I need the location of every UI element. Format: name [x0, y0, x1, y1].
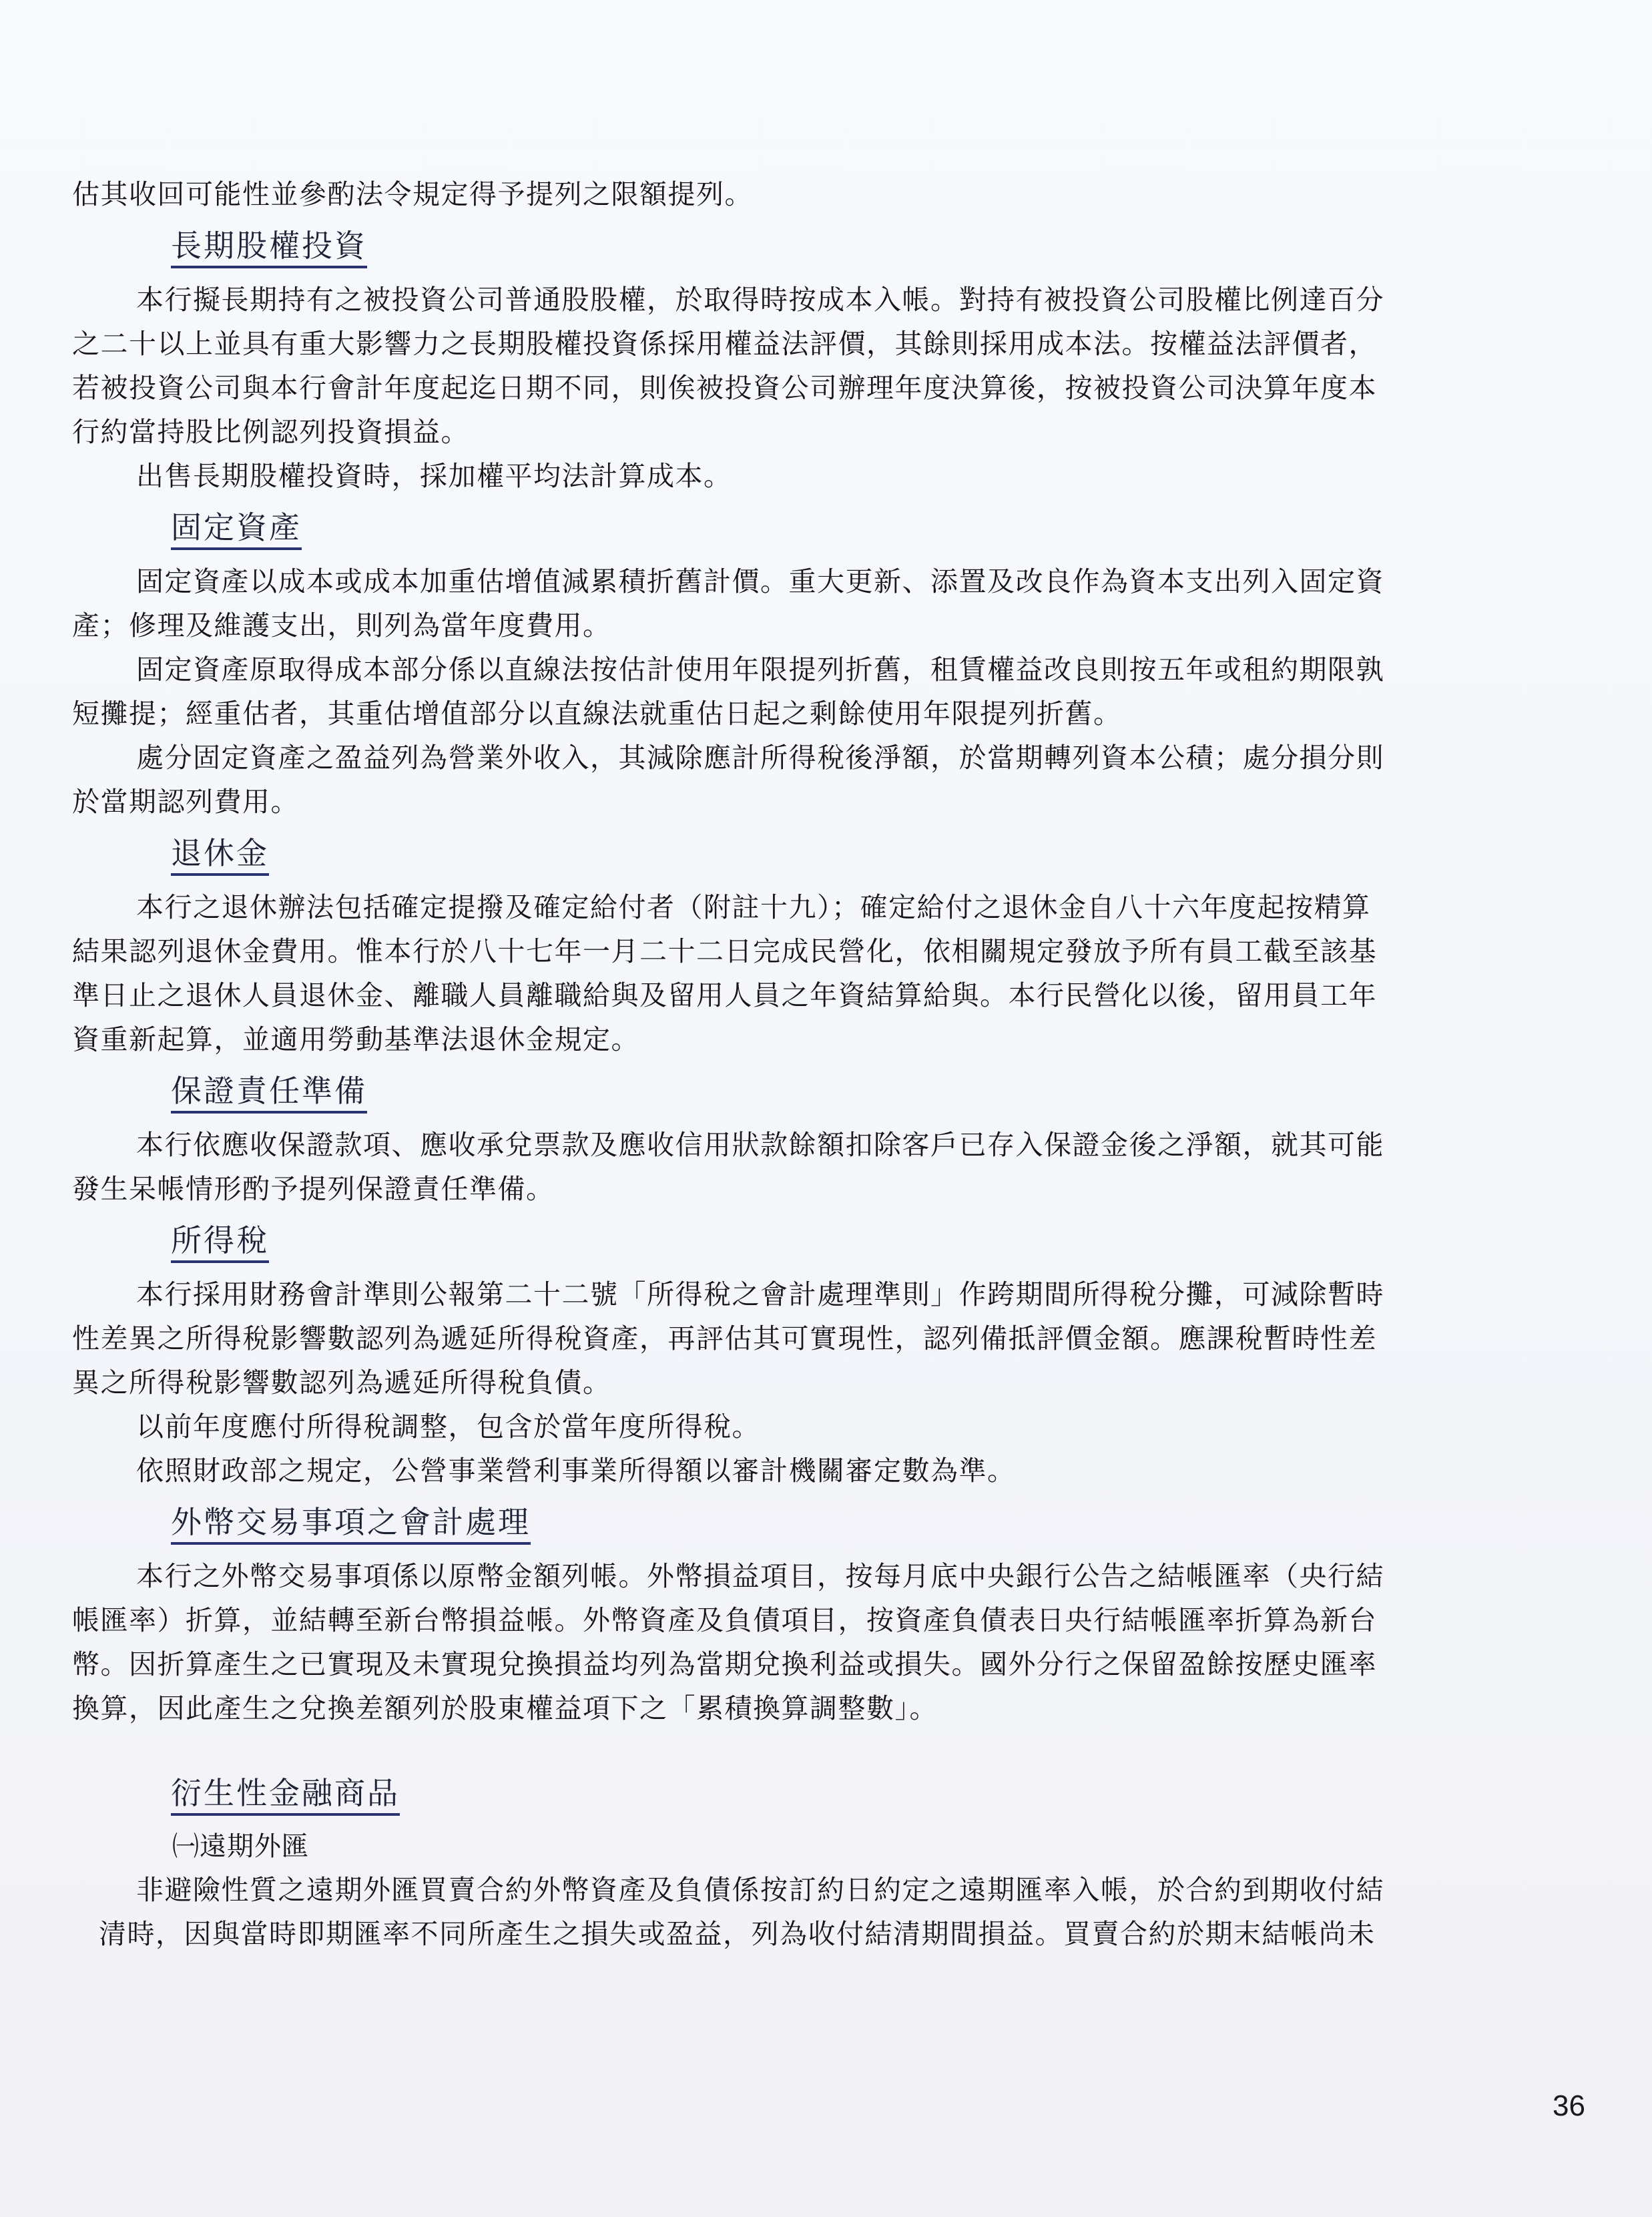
- paragraph-line: 估其收回可能性並參酌法令規定得予提列之限額提列。: [72, 172, 1527, 216]
- paragraph-line: 短攤提；經重估者，其重估增值部分以直線法就重估日起之剩餘使用年限提列折舊。: [72, 692, 1527, 736]
- section-income-tax: 所得稅: [72, 1211, 1527, 1272]
- paragraph-line: 資重新起算，並適用勞動基準法退休金規定。: [72, 1017, 1527, 1061]
- paragraph-line: 本行之外幣交易事項係以原幣金額列帳。外幣損益項目，按每月底中央銀行公告之結帳匯率…: [72, 1554, 1527, 1598]
- paragraph-line: 處分固定資產之盈益列為營業外收入，其減除應計所得稅後淨額，於當期轉列資本公積；處…: [72, 736, 1527, 780]
- subsection-heading: ㈠遠期外匯: [172, 1825, 1527, 1868]
- paragraph-line: 清時，因與當時即期匯率不同所產生之損失或盈益，列為收付結清期間損益。買賣合約於期…: [72, 1912, 1527, 1956]
- document-body: 估其收回可能性並參酌法令規定得予提列之限額提列。 長期股權投資 本行擬長期持有之…: [72, 172, 1527, 1956]
- section-heading: 固定資產: [171, 507, 302, 550]
- paragraph-line: 之二十以上並具有重大影響力之長期股權投資係採用權益法評價，其餘則採用成本法。按權…: [72, 322, 1527, 366]
- paragraph-line: 本行採用財務會計準則公報第二十二號「所得稅之會計處理準則」作跨期間所得稅分攤，可…: [72, 1272, 1527, 1316]
- paragraph-line: 若被投資公司與本行會計年度起迄日期不同，則俟被投資公司辦理年度決算後，按被投資公…: [72, 366, 1527, 410]
- paragraph-line: 結果認列退休金費用。惟本行於八十七年一月二十二日完成民營化，依相關規定發放予所有…: [72, 929, 1527, 973]
- paragraph-line: 以前年度應付所得稅調整，包含於當年度所得稅。: [72, 1405, 1527, 1449]
- paragraph-line: 帳匯率）折算，並結轉至新台幣損益帳。外幣資產及負債項目，按資產負債表日央行結帳匯…: [72, 1598, 1527, 1642]
- paragraph-line: 換算，因此產生之兌換差額列於股東權益項下之「累積換算調整數」。: [72, 1686, 1527, 1730]
- paragraph-line: 出售長期股權投資時，採加權平均法計算成本。: [72, 454, 1527, 498]
- section-heading: 長期股權投資: [171, 226, 367, 268]
- paragraph-line: 固定資產原取得成本部分係以直線法按估計使用年限提列折舊，租賃權益改良則按五年或租…: [72, 648, 1527, 692]
- document-page: 估其收回可能性並參酌法令規定得予提列之限額提列。 長期股權投資 本行擬長期持有之…: [0, 0, 1652, 2217]
- page-number: 36: [1553, 2089, 1585, 2123]
- paragraph-line: 固定資產以成本或成本加重估增值減累積折舊計價。重大更新、添置及改良作為資本支出列…: [72, 559, 1527, 603]
- paragraph-line: 非避險性質之遠期外匯買賣合約外幣資產及負債係按訂約日約定之遠期匯率入帳，於合約到…: [72, 1868, 1527, 1912]
- paragraph-line: 本行依應收保證款項、應收承兌票款及應收信用狀款餘額扣除客戶已存入保證金後之淨額，…: [72, 1123, 1527, 1167]
- paragraph-line: 準日止之退休人員退休金、離職人員離職給與及留用人員之年資結算給與。本行民營化以後…: [72, 973, 1527, 1017]
- section-spacer: [72, 1730, 1527, 1764]
- section-foreign-currency: 外幣交易事項之會計處理: [72, 1493, 1527, 1554]
- section-heading: 外幣交易事項之會計處理: [171, 1502, 531, 1545]
- section-heading: 所得稅: [171, 1220, 269, 1263]
- section-derivatives: 衍生性金融商品: [72, 1764, 1527, 1825]
- paragraph-line: 幣。因折算產生之已實現及未實現兌換損益均列為當期兌換利益或損失。國外分行之保留盈…: [72, 1642, 1527, 1686]
- paragraph-line: 性差異之所得稅影響數認列為遞延所得稅資產，再評估其可實現性，認列備抵評價金額。應…: [72, 1316, 1527, 1361]
- paragraph-line: 行約當持股比例認列投資損益。: [72, 410, 1527, 454]
- section-guarantee-reserve: 保證責任準備: [72, 1061, 1527, 1123]
- section-heading: 退休金: [171, 833, 269, 876]
- paragraph-line: 本行之退休辦法包括確定提撥及確定給付者（附註十九）；確定給付之退休金自八十六年度…: [72, 885, 1527, 929]
- paragraph-line: 發生呆帳情形酌予提列保證責任準備。: [72, 1167, 1527, 1211]
- paragraph-line: 異之所得稅影響數認列為遞延所得稅負債。: [72, 1361, 1527, 1405]
- paragraph-line: 依照財政部之規定，公營事業營利事業所得額以審計機關審定數為準。: [72, 1449, 1527, 1493]
- paragraph-line: 產；修理及維護支出，則列為當年度費用。: [72, 603, 1527, 648]
- paragraph-line: 本行擬長期持有之被投資公司普通股股權，於取得時按成本入帳。對持有被投資公司股權比…: [72, 278, 1527, 322]
- section-heading: 衍生性金融商品: [171, 1773, 400, 1816]
- section-fixed-assets: 固定資產: [72, 498, 1527, 559]
- section-heading: 保證責任準備: [171, 1071, 367, 1114]
- section-long-term-equity: 長期股權投資: [72, 216, 1527, 278]
- section-pension: 退休金: [72, 824, 1527, 885]
- paragraph-line: 於當期認列費用。: [72, 780, 1527, 824]
